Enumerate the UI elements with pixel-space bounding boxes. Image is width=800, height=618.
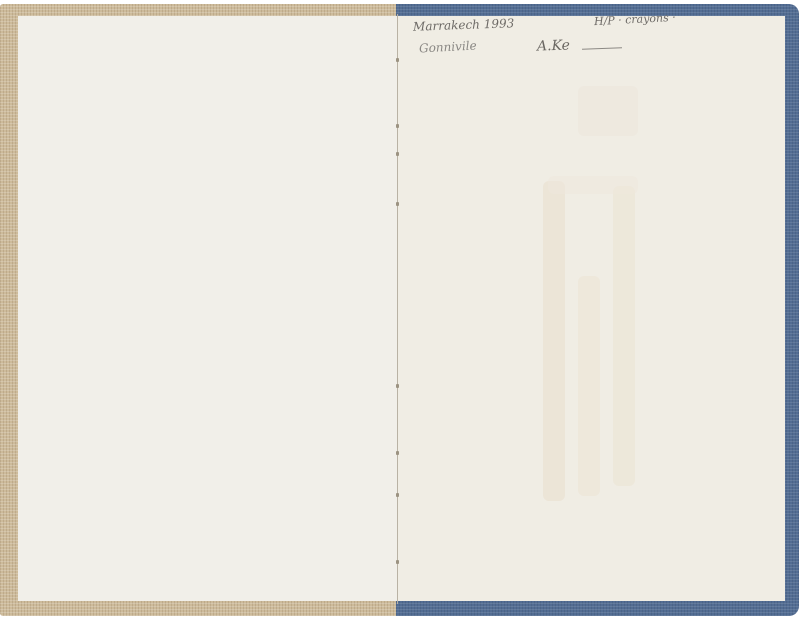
left-blank-page xyxy=(18,16,398,601)
ghost-stain-bar xyxy=(548,176,638,194)
spine-gutter xyxy=(397,14,398,604)
handwritten-line2: Gonnivile xyxy=(419,39,477,56)
binding-stitch xyxy=(396,58,399,62)
binding-stitch xyxy=(396,124,399,128)
binding-stitch xyxy=(396,451,399,455)
open-sketchbook: Marrakech 1993 H/P · crayons · Gonnivile… xyxy=(0,0,800,618)
right-page xyxy=(398,16,785,601)
ghost-stain-column-left xyxy=(543,181,565,501)
binding-stitch xyxy=(396,560,399,564)
binding-stitch xyxy=(396,152,399,156)
ghost-stain-top xyxy=(578,86,638,136)
ghost-stain-column-right xyxy=(613,186,635,486)
binding-stitch xyxy=(396,493,399,497)
binding-stitch xyxy=(396,202,399,206)
ghost-stain-column-mid xyxy=(578,276,600,496)
binding-stitch xyxy=(396,384,399,388)
handwritten-signature: A.Ke xyxy=(537,37,570,54)
